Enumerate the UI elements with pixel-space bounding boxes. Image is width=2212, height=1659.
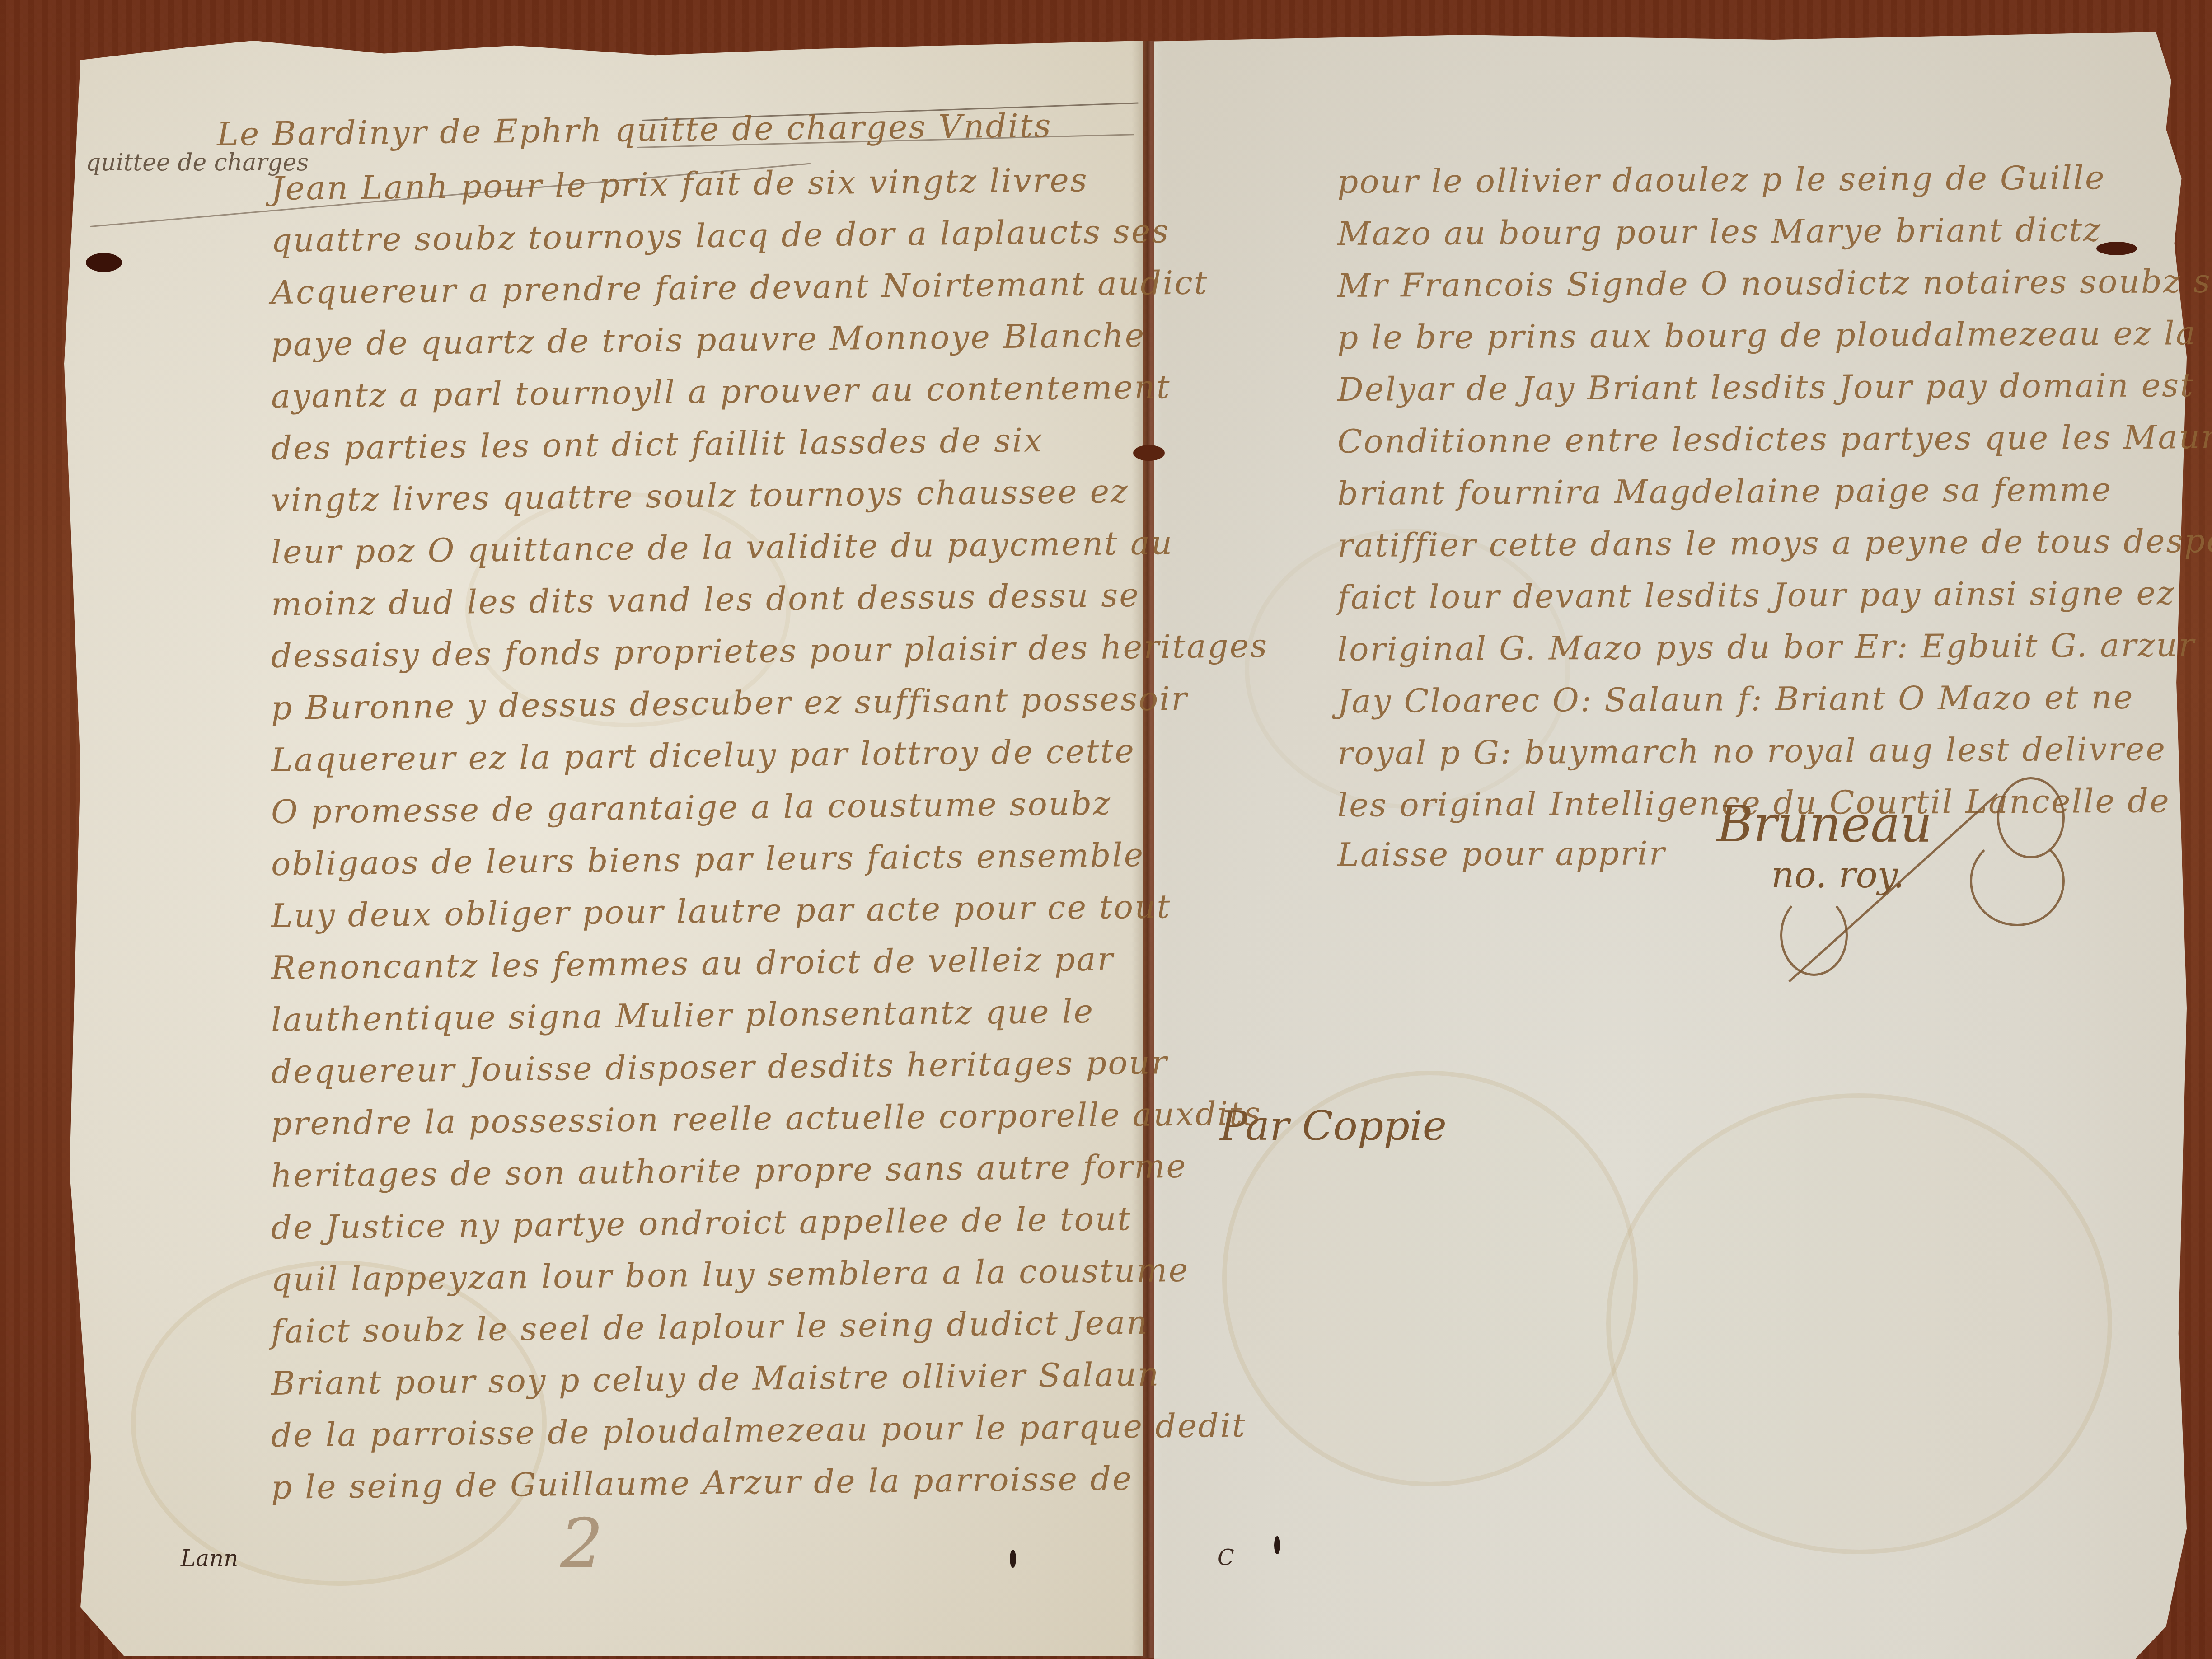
paper-hole bbox=[1010, 1550, 1016, 1568]
manuscript-line: Mr Francois Signde O nousdictz notaires … bbox=[1337, 261, 2212, 305]
signature-flourish bbox=[1780, 895, 1848, 976]
collation-note: Par Coppie bbox=[1220, 1102, 1447, 1150]
bottom-margin-mark: Lann bbox=[181, 1545, 238, 1571]
paper-hole bbox=[86, 253, 122, 272]
signature-title: no. roy. bbox=[1771, 854, 1905, 896]
manuscript-line: ratiffier cette dans le moys a peyne de … bbox=[1337, 521, 2212, 564]
manuscript-line: Jay Cloarec O: Salaun f: Briant O Mazo e… bbox=[1337, 678, 2134, 720]
paper-hole bbox=[2096, 242, 2137, 255]
manuscript-line: p le bre prins aux bourg de ploudalmezea… bbox=[1337, 314, 2197, 356]
manuscript-line: pour le ollivier daoulez p le seing de G… bbox=[1337, 159, 2106, 201]
manuscript-line: Laisse pour apprir bbox=[1337, 834, 1666, 874]
signature-flourish bbox=[1970, 836, 2065, 926]
bottom-margin-mark: C bbox=[1218, 1545, 1234, 1570]
signature-name: Bruneau bbox=[1717, 795, 1932, 853]
paper-hole bbox=[1274, 1536, 1280, 1554]
manuscript-line: loriginal G. Mazo pys du bor Er: Egbuit … bbox=[1337, 626, 2196, 668]
paper-hole bbox=[1133, 445, 1165, 461]
manuscript-line: royal p G: buymarch no royal aug lest de… bbox=[1337, 730, 2166, 772]
manuscript-line: Mazo au bourg pour les Marye briant dict… bbox=[1337, 211, 2102, 253]
manuscript-line: Delyar de Jay Briant lesdits Jour pay do… bbox=[1337, 366, 2194, 408]
manuscript-line: briant fournira Magdelaine paige sa femm… bbox=[1337, 470, 2113, 512]
water-stain bbox=[1606, 1093, 2112, 1554]
manuscript-line: Conditionne entre lesdictes partyes que … bbox=[1337, 417, 2212, 460]
manuscript-line: faict lour devant lesdits Jour pay ainsi… bbox=[1337, 574, 2175, 616]
manuscript-line: des parties les ont dict faillit lassdes… bbox=[271, 421, 1044, 467]
flourish-mark: 2 bbox=[560, 1504, 603, 1583]
